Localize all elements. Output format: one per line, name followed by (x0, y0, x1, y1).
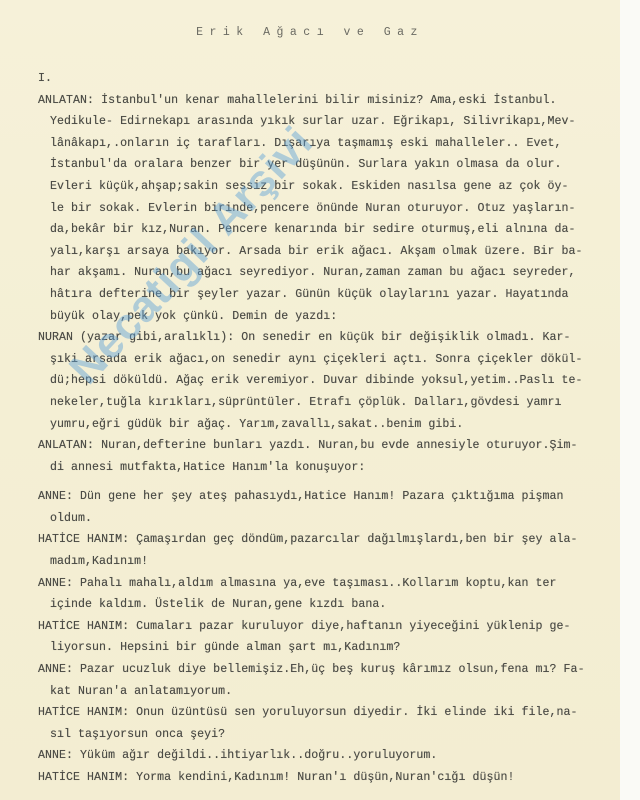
text-line-continuation: di annesi mutfakta,Hatice Hanım'la konuş… (38, 457, 628, 479)
text-line-speaker: ANNE: Pahalı mahalı,aldım almasına ya,ev… (38, 573, 628, 595)
text-line-continuation: madım,Kadınım! (38, 551, 628, 573)
text-line-continuation: liyorsun. Hepsini bir günde alman şart m… (38, 637, 628, 659)
text-line-speaker: ANLATAN: Nuran,defterine bunları yazdı. … (38, 435, 628, 457)
text-line-continuation: oldum. (38, 508, 628, 530)
document-body: I. ANLATAN: İstanbul'un kenar mahalleler… (38, 68, 628, 789)
text-line-speaker: NURAN (yazar gibi,aralıklı): On senedir … (38, 327, 628, 349)
text-line-continuation: yalı,karşı arsaya bakıyor. Arsada bir er… (38, 241, 628, 263)
text-line-speaker: HATİCE HANIM: Yorma kendini,Kadınım! Nur… (38, 767, 628, 789)
text-line-speaker: ANLATAN: İstanbul'un kenar mahallelerini… (38, 90, 628, 112)
text-line-speaker: HATİCE HANIM: Çamaşırdan geç döndüm,paza… (38, 529, 628, 551)
text-line-speaker: ANNE: Pazar ucuzluk diye bellemişiz.Eh,ü… (38, 659, 628, 681)
document-title: Erik Ağacı ve Gaz (0, 26, 620, 39)
text-line-speaker: HATİCE HANIM: Cumaları pazar kuruluyor d… (38, 616, 628, 638)
text-line-continuation: sıl taşıyorsun onca şeyi? (38, 724, 628, 746)
text-line-continuation: har akşamı. Nuran,bu ağacı seyrediyor. N… (38, 262, 628, 284)
text-line-speaker: HATİCE HANIM: Onun üzüntüsü sen yoruluyo… (38, 702, 628, 724)
text-line-speaker: ANNE: Yüküm ağır değildi..ihtiyarlık..do… (38, 745, 628, 767)
script-lines: ANLATAN: İstanbul'un kenar mahallelerini… (38, 90, 628, 789)
text-line-continuation: İstanbul'da oralara benzer bir yer düşün… (38, 154, 628, 176)
text-line-continuation: Yedikule- Edirnekapı arasında yıkık surl… (38, 111, 628, 133)
text-line-continuation: nekeler,tuğla kırıkları,süprüntüler. Etr… (38, 392, 628, 414)
text-line-continuation: lânâkapı,.onların iç tarafları. Dışarıya… (38, 133, 628, 155)
text-line-speaker: ANNE: Dün gene her şey ateş pahasıydı,Ha… (38, 486, 628, 508)
text-line-continuation: dü;hepsi döküldü. Ağaç erik veremiyor. D… (38, 370, 628, 392)
text-line-continuation: kat Nuran'a anlatamıyorum. (38, 681, 628, 703)
text-line-continuation: Evleri küçük,ahşap;sakin sessiz bir soka… (38, 176, 628, 198)
text-line-continuation: le bir sokak. Evlerin birinde,pencere ön… (38, 198, 628, 220)
text-line-continuation: yumru,eğri güdük bir ağaç. Yarım,zavallı… (38, 414, 628, 436)
text-line-continuation: içinde kaldım. Üstelik de Nuran,gene kız… (38, 594, 628, 616)
text-line-continuation: da,bekâr bir kız,Nuran. Pencere kenarınd… (38, 219, 628, 241)
text-line-continuation: şıki arsada erik ağacı,on senedir aynı ç… (38, 349, 628, 371)
line-gap (38, 478, 628, 486)
section-number: I. (38, 68, 628, 90)
text-line-continuation: büyük olay,pek yok çünkü. Demin de yazdı… (38, 306, 628, 328)
text-line-continuation: hâtıra defterine bir şeyler yazar. Günün… (38, 284, 628, 306)
